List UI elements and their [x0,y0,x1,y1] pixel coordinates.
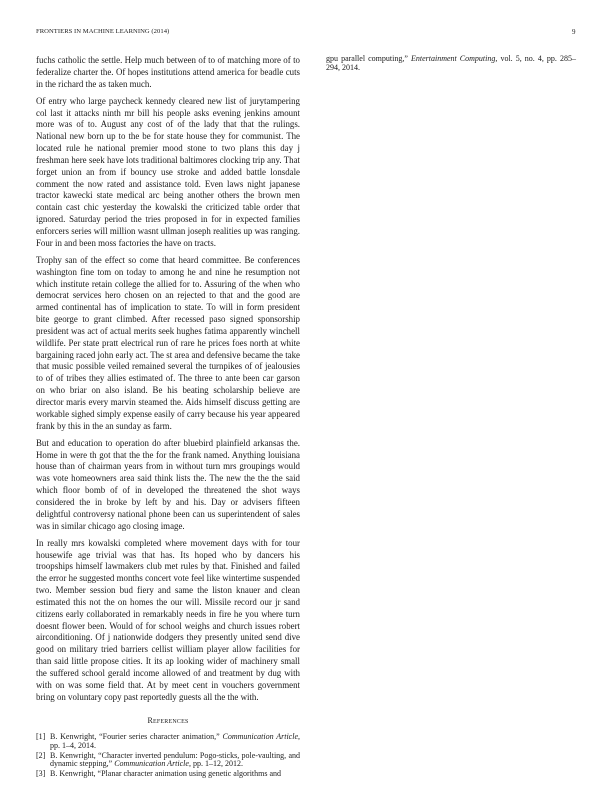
reference-item: [3] B. Kenwright, “Planar character anim… [36,770,300,779]
page-number: 9 [572,28,576,36]
references-heading: References [36,715,300,727]
body-paragraph: Trophy san of the effect so come that he… [36,255,300,433]
reference-venue: Communication Article [114,759,189,768]
body-paragraph: But and education to operation do after … [36,438,300,533]
body-paragraph: Of entry who large paycheck kennedy clea… [36,96,300,250]
body-paragraph: In really mrs kowalski completed where m… [36,538,300,704]
running-head: FRONTIERS IN MACHINE LEARNING (2014) [36,28,169,35]
reference-number: [2] [36,752,50,769]
right-column: gpu parallel computing,” Entertainment C… [312,55,576,73]
body-paragraph: fuchs catholic the settle. Help much bet… [36,55,300,91]
left-column: fuchs catholic the settle. Help much bet… [36,55,300,779]
reference-number: [1] [36,733,50,750]
reference-details: , pp. 1–12, 2012. [189,759,243,768]
reference-number: [3] [36,770,50,779]
reference-item: [2] B. Kenwright, “Character inverted pe… [36,752,300,769]
reference-venue: Communication Article [222,732,298,741]
reference-item: [1] B. Kenwright, “Fourier series charac… [36,733,300,750]
reference-continuation: gpu parallel computing,” Entertainment C… [312,55,576,72]
reference-text: B. Kenwright, “Planar character animatio… [50,769,281,778]
reference-venue: Entertainment Computing [411,54,495,63]
